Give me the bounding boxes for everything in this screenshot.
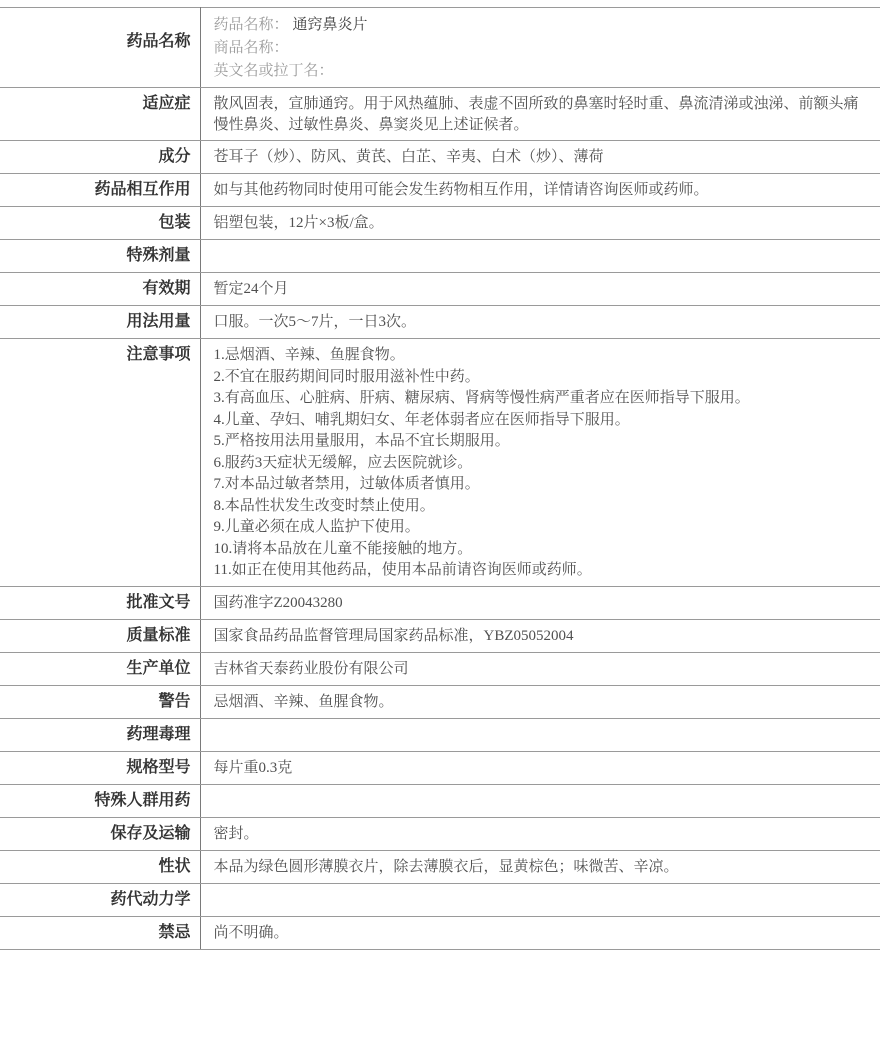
field-row-approval-number: 批准文号 国药准字Z20043280 <box>0 586 880 619</box>
field-value-drug-name: 药品名称：通窍鼻炎片 商品名称： 英文名或拉丁名： <box>200 8 880 88</box>
field-row-pharmacology-toxicology: 药理毒理 <box>0 718 880 751</box>
field-label: 有效期 <box>0 273 200 306</box>
product-name-row: 药品名称 药品名称：通窍鼻炎片 商品名称： 英文名或拉丁名： <box>0 8 880 88</box>
field-label: 警告 <box>0 685 200 718</box>
field-label: 药理毒理 <box>0 718 200 751</box>
precaution-item: 11.如正在使用其他药品，使用本品前请咨询医师或药师。 <box>214 560 869 582</box>
field-value: 如与其他药物同时使用可能会发生药物相互作用，详情请咨询医师或药师。 <box>200 174 880 207</box>
field-row-warning: 警告 忌烟酒、辛辣、鱼腥食物。 <box>0 685 880 718</box>
field-label-drug-name: 药品名称 <box>0 8 200 88</box>
precaution-item: 8.本品性状发生改变时禁止使用。 <box>214 496 869 518</box>
field-row-shelf-life: 有效期 暂定24个月 <box>0 273 880 306</box>
field-value: 尚不明确。 <box>200 916 880 949</box>
field-value: 忌烟酒、辛辣、鱼腥食物。 <box>200 685 880 718</box>
field-label: 药代动力学 <box>0 883 200 916</box>
field-row-special-populations: 特殊人群用药 <box>0 784 880 817</box>
field-row-contraindications: 禁忌 尚不明确。 <box>0 916 880 949</box>
field-value: 暂定24个月 <box>200 273 880 306</box>
field-value: 散风固表，宣肺通窍。用于风热蕴肺、表虚不固所致的鼻塞时轻时重、鼻流清涕或浊涕、前… <box>200 88 880 141</box>
field-row-description: 性状 本品为绿色圆形薄膜衣片，除去薄膜衣后，显黄棕色；味微苦、辛凉。 <box>0 850 880 883</box>
field-label: 特殊人群用药 <box>0 784 200 817</box>
field-row-precautions: 注意事项 1.忌烟酒、辛辣、鱼腥食物。 2.不宜在服药期间同时服用滋补性中药。 … <box>0 339 880 587</box>
field-row-indications: 适应症 散风固表，宣肺通窍。用于风热蕴肺、表虚不固所致的鼻塞时轻时重、鼻流清涕或… <box>0 88 880 141</box>
product-name: 通窍鼻炎片 <box>293 17 368 33</box>
field-label: 注意事项 <box>0 339 200 587</box>
latin-name-prefix: 英文名或拉丁名： <box>214 63 334 79</box>
field-value: 国家食品药品监督管理局国家药品标准，YBZ05052004 <box>200 619 880 652</box>
field-label: 成分 <box>0 141 200 174</box>
field-value: 吉林省天泰药业股份有限公司 <box>200 652 880 685</box>
field-row-quality-standard: 质量标准 国家食品药品监督管理局国家药品标准，YBZ05052004 <box>0 619 880 652</box>
field-value: 每片重0.3克 <box>200 751 880 784</box>
field-label: 质量标准 <box>0 619 200 652</box>
field-row-specification: 规格型号 每片重0.3克 <box>0 751 880 784</box>
field-value <box>200 718 880 751</box>
field-value: 铝塑包装，12片×3板/盒。 <box>200 207 880 240</box>
field-label: 保存及运输 <box>0 817 200 850</box>
field-value <box>200 883 880 916</box>
field-label: 特殊剂量 <box>0 240 200 273</box>
field-value <box>200 784 880 817</box>
field-label: 规格型号 <box>0 751 200 784</box>
field-label: 用法用量 <box>0 306 200 339</box>
field-row-pharmacokinetics: 药代动力学 <box>0 883 880 916</box>
field-value: 本品为绿色圆形薄膜衣片，除去薄膜衣后，显黄棕色；味微苦、辛凉。 <box>200 850 880 883</box>
generic-name-line: 药品名称：通窍鼻炎片 <box>214 14 869 37</box>
field-row-manufacturer: 生产单位 吉林省天泰药业股份有限公司 <box>0 652 880 685</box>
precaution-item: 3.有高血压、心脏病、肝病、糖尿病、肾病等慢性病严重者应在医师指导下服用。 <box>214 388 869 410</box>
generic-name-prefix: 药品名称： <box>214 17 289 33</box>
trade-name-line: 商品名称： <box>214 37 869 60</box>
precaution-item: 7.对本品过敏者禁用，过敏体质者慎用。 <box>214 474 869 496</box>
field-row-ingredients: 成分 苍耳子（炒）、防风、黄芪、白芷、辛夷、白术（炒）、薄荷 <box>0 141 880 174</box>
field-label: 药品相互作用 <box>0 174 200 207</box>
precaution-item: 10.请将本品放在儿童不能接触的地方。 <box>214 539 869 561</box>
field-label: 性状 <box>0 850 200 883</box>
field-value: 密封。 <box>200 817 880 850</box>
latin-name-line: 英文名或拉丁名： <box>214 60 869 83</box>
precaution-item: 4.儿童、孕妇、哺乳期妇女、年老体弱者应在医师指导下服用。 <box>214 410 869 432</box>
field-row-drug-interactions: 药品相互作用 如与其他药物同时使用可能会发生药物相互作用，详情请咨询医师或药师。 <box>0 174 880 207</box>
field-row-packaging: 包装 铝塑包装，12片×3板/盒。 <box>0 207 880 240</box>
field-label: 包装 <box>0 207 200 240</box>
field-row-special-dosage: 特殊剂量 <box>0 240 880 273</box>
field-row-dosage: 用法用量 口服。一次5～7片，一日3次。 <box>0 306 880 339</box>
field-label: 批准文号 <box>0 586 200 619</box>
field-label: 禁忌 <box>0 916 200 949</box>
precaution-item: 1.忌烟酒、辛辣、鱼腥食物。 <box>214 345 869 367</box>
field-value <box>200 240 880 273</box>
field-value: 苍耳子（炒）、防风、黄芪、白芷、辛夷、白术（炒）、薄荷 <box>200 141 880 174</box>
precaution-item: 2.不宜在服药期间同时服用滋补性中药。 <box>214 367 869 389</box>
field-row-storage-transport: 保存及运输 密封。 <box>0 817 880 850</box>
trade-name-prefix: 商品名称： <box>214 40 289 56</box>
field-value: 口服。一次5～7片，一日3次。 <box>200 306 880 339</box>
precaution-item: 9.儿童必须在成人监护下使用。 <box>214 517 869 539</box>
field-label: 生产单位 <box>0 652 200 685</box>
field-value: 国药准字Z20043280 <box>200 586 880 619</box>
precaution-item: 5.严格按用法用量服用，本品不宜长期服用。 <box>214 431 869 453</box>
field-label: 适应症 <box>0 88 200 141</box>
field-value-precautions: 1.忌烟酒、辛辣、鱼腥食物。 2.不宜在服药期间同时服用滋补性中药。 3.有高血… <box>200 339 880 587</box>
precaution-item: 6.服药3天症状无缓解，应去医院就诊。 <box>214 453 869 475</box>
drug-info-table: 药品名称 药品名称：通窍鼻炎片 商品名称： 英文名或拉丁名： 适应症 散风固表，… <box>0 7 880 950</box>
